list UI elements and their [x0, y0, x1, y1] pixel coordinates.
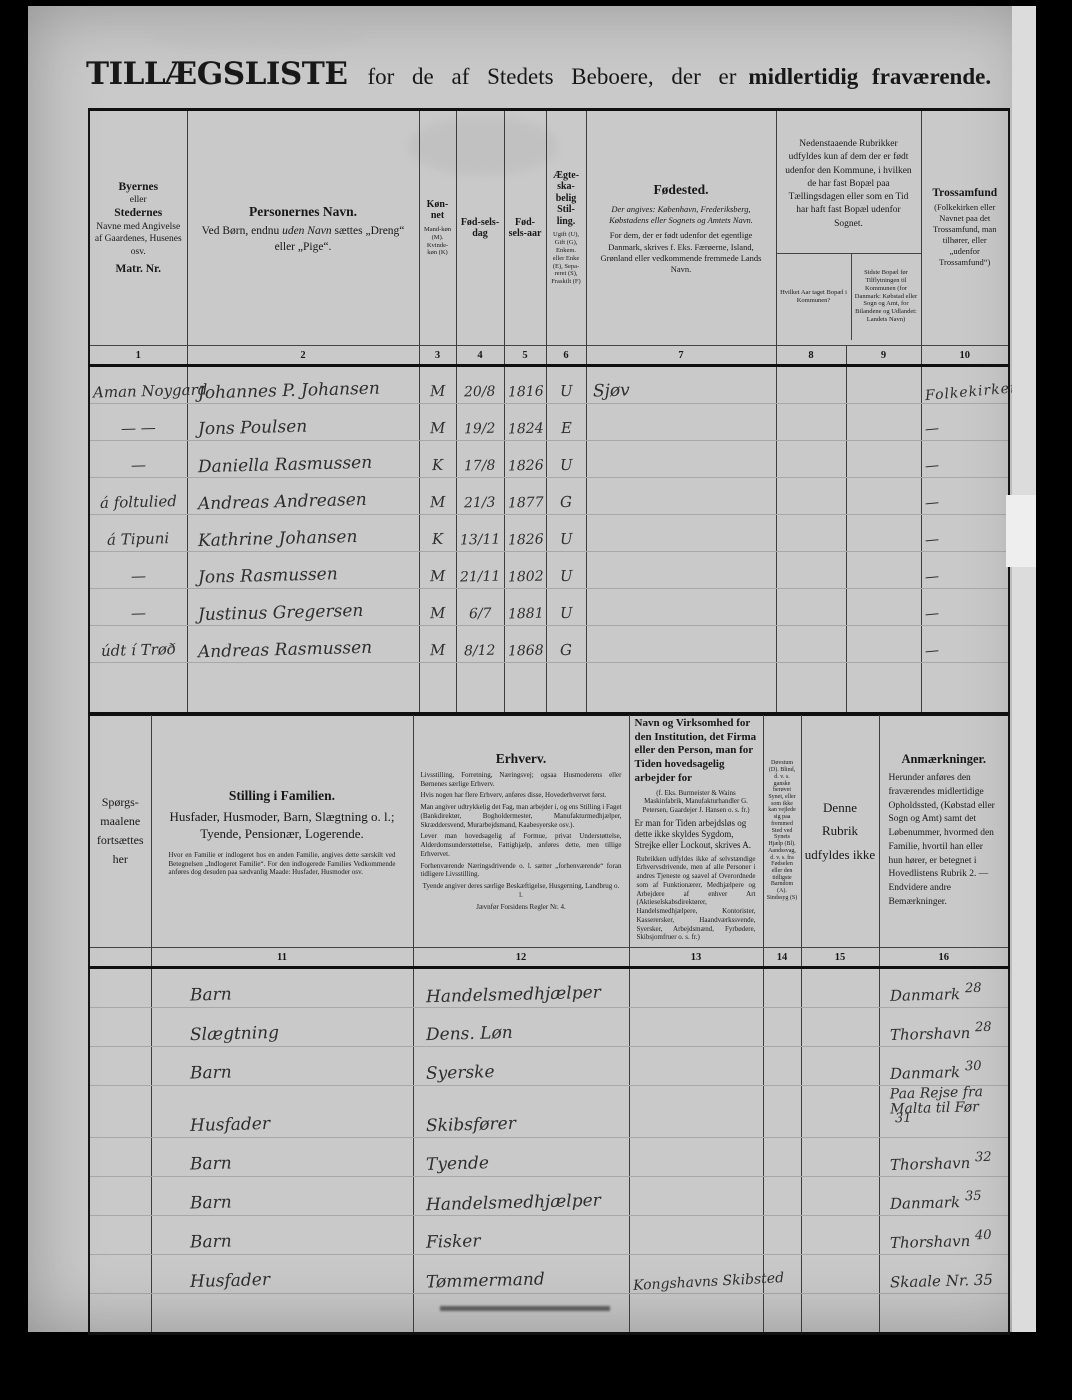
col-header-residence-group: Nedenstaaende Rubrikker udfyldes kun af …	[776, 110, 921, 346]
cell-remark: Danmark28	[879, 968, 1009, 1008]
cell-year-moved	[776, 441, 846, 478]
cell-name: Andreas Rasmussen	[187, 626, 419, 663]
cell-birthplace	[586, 515, 776, 552]
cell-disabilities	[763, 1216, 801, 1255]
cell-employer	[629, 968, 763, 1008]
table-row: Barn Syerske Danmark30	[89, 1047, 1009, 1086]
col-number: 16	[879, 948, 1009, 968]
cell-remark: Thorshavn32	[879, 1138, 1009, 1177]
cell-birthday: 8/12	[456, 626, 504, 663]
cell-sex: M	[419, 626, 456, 663]
cell-disabilities	[763, 1047, 801, 1086]
cell-name: Daniella Rasmussen	[187, 441, 419, 478]
col-number: 7	[586, 346, 776, 366]
table2-header-row: Spørgs-maalene fortsættes her Stilling i…	[89, 714, 1009, 948]
cell-marital-status: G	[546, 626, 586, 663]
scan-edge-strip	[1012, 6, 1036, 1332]
cell-name: Jons Rasmussen	[187, 552, 419, 589]
col-header-name-note: Ved Børn, endnu uden Navn sættes „Dreng“…	[191, 224, 416, 255]
cell-remark: Skaale Nr. 35	[879, 1255, 1009, 1294]
table-row: Husfader Tømmermand Kongshavns Skibsted …	[89, 1255, 1009, 1294]
table-filler-row	[89, 663, 1009, 715]
col-header-birthyear: Fød-sels-aar	[504, 110, 546, 346]
col-number: 1	[89, 346, 187, 366]
cell-stub	[89, 1047, 151, 1086]
table-row: Barn Tyende Thorshavn32	[89, 1138, 1009, 1177]
cell-stub	[89, 1177, 151, 1216]
table-row: údt í Trøð Andreas Rasmussen M 8/12 1868…	[89, 626, 1009, 663]
cell-place: —	[89, 552, 187, 589]
cell-stub	[89, 1008, 151, 1047]
cell-disabilities	[763, 1177, 801, 1216]
col-number: 4	[456, 346, 504, 366]
col-number: 6	[546, 346, 586, 366]
cell-religion: —	[921, 515, 1009, 552]
cell-marital-status: U	[546, 366, 586, 404]
cell-last-residence	[846, 589, 921, 626]
cell-not-filled	[801, 968, 879, 1008]
table-row: — Justinus Gregersen M 6/7 1881 U —	[89, 589, 1009, 626]
absent-residents-table: Byernes eller Stedernes Navne med Angive…	[88, 108, 1010, 716]
col-number: 14	[763, 948, 801, 968]
cell-religion: —	[921, 626, 1009, 663]
table-row: Barn Fisker Thorshavn40	[89, 1216, 1009, 1255]
cell-not-filled	[801, 1047, 879, 1086]
cell-sex: M	[419, 589, 456, 626]
cell-stub	[89, 1086, 151, 1138]
col-header-occupation: Erhverv. Livsstilling, Forretning, Nærin…	[413, 714, 629, 948]
cell-employer	[629, 1216, 763, 1255]
cell-place: á Tipuni	[89, 515, 187, 552]
table-row: á Tipuni Kathrine Johansen K 13/11 1826 …	[89, 515, 1009, 552]
cell-year-moved	[776, 589, 846, 626]
page-title-bold: midlertidig fraværende.	[748, 64, 991, 89]
cell-birthday: 20/8	[456, 366, 504, 404]
cell-marital-status: U	[546, 515, 586, 552]
table2-column-numbers: 11 12 13 14 15 16	[89, 948, 1009, 968]
cell-not-filled	[801, 1138, 879, 1177]
cell-employer	[629, 1047, 763, 1086]
table-row: á foltulied Andreas Andreasen M 21/3 187…	[89, 478, 1009, 515]
col-header-last-residence: Sidste Bopæl før Tilflytningen til Kommu…	[851, 254, 921, 340]
page-title: TILLÆGSLISTE for de af Stedets Beboere, …	[86, 56, 1016, 92]
cell-last-residence	[846, 441, 921, 478]
col-header-birthday: Fød-sels-dag	[456, 110, 504, 346]
cell-name: Justinus Gregersen	[187, 589, 419, 626]
cell-marital-status: U	[546, 589, 586, 626]
cell-year-moved	[776, 366, 846, 404]
cell-year-moved	[776, 404, 846, 441]
cell-place: —	[89, 589, 187, 626]
table-row: Aman Noygard Johannes P. Johansen M 20/8…	[89, 366, 1009, 404]
col-number: 11	[151, 948, 413, 968]
cell-remark: Thorshavn40	[879, 1216, 1009, 1255]
col-number: 10	[921, 346, 1009, 366]
col-header-remarks: Anmærkninger. Herunder anføres den fravæ…	[879, 714, 1009, 948]
cell-place: — —	[89, 404, 187, 441]
cell-birthplace	[586, 552, 776, 589]
col-number: 13	[629, 948, 763, 968]
cell-occupation: Dens. Løn	[413, 1008, 629, 1047]
cell-religion: —	[921, 589, 1009, 626]
table1-column-numbers: 1 2 3 4 5 6 7 8 9 10	[89, 346, 1009, 366]
cell-religion: Folkekirken	[921, 366, 1009, 404]
table-row: — Daniella Rasmussen K 17/8 1826 U —	[89, 441, 1009, 478]
cell-marital-status: G	[546, 478, 586, 515]
cell-sex: M	[419, 366, 456, 404]
col-number: 3	[419, 346, 456, 366]
cell-family-position: Husfader	[151, 1086, 413, 1138]
col-header-sex: Køn-net Mand-køn (M). Kvinde-køn (K)	[419, 110, 456, 346]
cell-birthday: 6/7	[456, 589, 504, 626]
cell-not-filled	[801, 1177, 879, 1216]
cell-disabilities	[763, 1138, 801, 1177]
scan-edge-notch	[1006, 495, 1036, 567]
cell-sex: M	[419, 552, 456, 589]
cell-birthday: 13/11	[456, 515, 504, 552]
cell-disabilities	[763, 1086, 801, 1138]
cell-place: údt í Trøð	[89, 626, 187, 663]
cell-not-filled	[801, 1086, 879, 1138]
table-row: — — Jons Poulsen M 19/2 1824 E —	[89, 404, 1009, 441]
cell-last-residence	[846, 478, 921, 515]
col-header-marital: Ægte-ska-belig Stil-ling. Ugift (U), Gif…	[546, 110, 586, 346]
col-number-blank	[89, 948, 151, 968]
cell-name: Johannes P. Johansen	[187, 366, 419, 404]
cell-disabilities	[763, 1008, 801, 1047]
cell-birthyear: 1802	[504, 552, 546, 589]
cell-religion: —	[921, 478, 1009, 515]
cell-not-filled	[801, 1255, 879, 1294]
cell-birthyear: 1868	[504, 626, 546, 663]
col-number: 15	[801, 948, 879, 968]
cell-year-moved	[776, 552, 846, 589]
page-title-middle: for de af Stedets Beboere, der er	[367, 64, 736, 89]
cell-family-position: Slægtning	[151, 1008, 413, 1047]
cell-employer	[629, 1138, 763, 1177]
cell-birthday: 21/11	[456, 552, 504, 589]
cell-stub	[89, 968, 151, 1008]
cell-family-position: Husfader	[151, 1255, 413, 1294]
occupation-details-table: Spørgs-maalene fortsættes her Stilling i…	[88, 712, 1010, 1335]
cell-sex: K	[419, 441, 456, 478]
cell-year-moved	[776, 478, 846, 515]
table-row: Barn Handelsmedhjælper Danmark35	[89, 1177, 1009, 1216]
cell-last-residence	[846, 366, 921, 404]
cell-employer	[629, 1008, 763, 1047]
col-header-year-moved: Hvilket Aar taget Bopæl i Kommunen?	[777, 254, 851, 340]
cell-family-position: Barn	[151, 1138, 413, 1177]
cell-last-residence	[846, 626, 921, 663]
cell-marital-status: U	[546, 552, 586, 589]
cell-last-residence	[846, 404, 921, 441]
cell-remark: Paa Rejse fra Malta til Før31	[879, 1086, 1009, 1138]
cell-year-moved	[776, 515, 846, 552]
cell-employer	[629, 1177, 763, 1216]
cell-occupation: Syerske	[413, 1047, 629, 1086]
cell-family-position: Barn	[151, 1047, 413, 1086]
cell-name: Kathrine Johansen	[187, 515, 419, 552]
table1-header-row: Byernes eller Stedernes Navne med Angive…	[89, 110, 1009, 346]
cell-place: —	[89, 441, 187, 478]
cell-marital-status: U	[546, 441, 586, 478]
cell-sex: K	[419, 515, 456, 552]
cell-birthplace	[586, 404, 776, 441]
cell-occupation: Tyende	[413, 1138, 629, 1177]
cell-stub	[89, 1138, 151, 1177]
cell-place: Aman Noygard	[89, 366, 187, 404]
col-header-family-position: Stilling i Familien. Husfader, Husmoder,…	[151, 714, 413, 948]
cell-birthday: 17/8	[456, 441, 504, 478]
cell-name: Jons Poulsen	[187, 404, 419, 441]
col-number: 5	[504, 346, 546, 366]
cell-year-moved	[776, 626, 846, 663]
cell-birthyear: 1826	[504, 441, 546, 478]
cell-religion: —	[921, 552, 1009, 589]
cell-place: á foltulied	[89, 478, 187, 515]
cell-stub	[89, 1255, 151, 1294]
col-header-name: Personernes Navn. Ved Børn, endnu uden N…	[187, 110, 419, 346]
cell-birthyear: 1877	[504, 478, 546, 515]
cell-employer: Kongshavns Skibsted	[629, 1255, 763, 1294]
cell-birthplace	[586, 626, 776, 663]
cell-family-position: Barn	[151, 968, 413, 1008]
cell-name: Andreas Andreasen	[187, 478, 419, 515]
questions-continue-label: Spørgs-maalene fortsættes her	[89, 714, 151, 948]
table-row: Slægtning Dens. Løn Thorshavn28	[89, 1008, 1009, 1047]
cell-remark: Danmark35	[879, 1177, 1009, 1216]
col-header-employer: Navn og Virksomhed for den Institution, …	[629, 714, 763, 948]
col-header-disabilities: Døvstum (D). Blind, d. v. s. ganske berø…	[763, 714, 801, 948]
cell-remark: Thorshavn28	[879, 1008, 1009, 1047]
cell-stub	[89, 1216, 151, 1255]
cell-birthplace	[586, 589, 776, 626]
col-header-place: Byernes eller Stedernes Navne med Angive…	[89, 110, 187, 346]
cell-birthplace: Sjøv	[586, 366, 776, 404]
cell-not-filled	[801, 1216, 879, 1255]
col-header-religion: Trossamfund (Folkekirken eller Navnet pa…	[921, 110, 1009, 346]
cell-occupation: Handelsmedhjælper	[413, 1177, 629, 1216]
cell-disabilities	[763, 968, 801, 1008]
cell-not-filled	[801, 1008, 879, 1047]
cell-birthyear: 1881	[504, 589, 546, 626]
col-number: 12	[413, 948, 629, 968]
cell-sex: M	[419, 404, 456, 441]
cell-employer	[629, 1086, 763, 1138]
cell-last-residence	[846, 552, 921, 589]
cell-marital-status: E	[546, 404, 586, 441]
cell-occupation: Skibsfører	[413, 1086, 629, 1138]
cell-religion: —	[921, 404, 1009, 441]
table-row: Barn Handelsmedhjælper Danmark28	[89, 968, 1009, 1008]
cell-birthday: 19/2	[456, 404, 504, 441]
page-title-lead: TILLÆGSLISTE	[86, 56, 347, 92]
col-number: 9	[846, 346, 921, 366]
cell-family-position: Barn	[151, 1216, 413, 1255]
cell-remark: Danmark30	[879, 1047, 1009, 1086]
scan-bleed-smudge	[148, 26, 368, 46]
cell-birthday: 21/3	[456, 478, 504, 515]
cell-occupation: Handelsmedhjælper	[413, 968, 629, 1008]
cell-birthyear: 1826	[504, 515, 546, 552]
printer-imprint	[440, 1306, 610, 1311]
cell-birthyear: 1824	[504, 404, 546, 441]
table-row: Husfader Skibsfører Paa Rejse fra Malta …	[89, 1086, 1009, 1138]
cell-sex: M	[419, 478, 456, 515]
cell-birthplace	[586, 441, 776, 478]
table-filler-row	[89, 1294, 1009, 1334]
table-row: — Jons Rasmussen M 21/11 1802 U —	[89, 552, 1009, 589]
col-header-birthplace: Fødested. Der angives: København, Freder…	[586, 110, 776, 346]
cell-birthplace	[586, 478, 776, 515]
cell-birthyear: 1816	[504, 366, 546, 404]
census-form-scan: TILLÆGSLISTE for de af Stedets Beboere, …	[28, 6, 1036, 1332]
col-header-not-filled: Denne Rubrik udfyldes ikke	[801, 714, 879, 948]
cell-last-residence	[846, 515, 921, 552]
cell-family-position: Barn	[151, 1177, 413, 1216]
cell-occupation: Tømmermand	[413, 1255, 629, 1294]
cell-occupation: Fisker	[413, 1216, 629, 1255]
col-number: 2	[187, 346, 419, 366]
cell-religion: —	[921, 441, 1009, 478]
col-number: 8	[776, 346, 846, 366]
